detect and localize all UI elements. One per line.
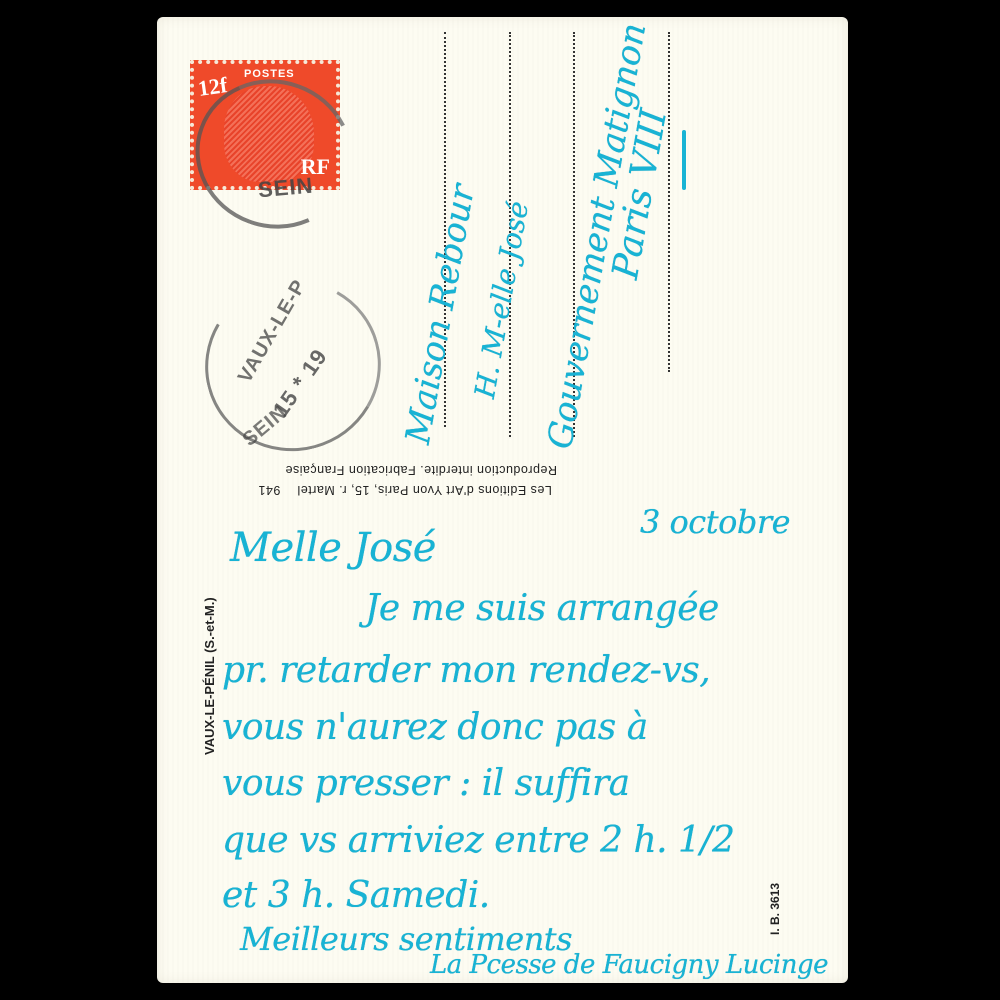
address-line [668,32,670,372]
message-salutation: Melle José [230,525,436,571]
reference-number: I. B. 3613 [768,883,782,935]
publisher-line-1: Les Editions d'Art Yvon Paris, 15, r. Ma… [297,483,552,497]
message-line: vous n'aurez donc pas à [222,707,648,748]
message-line: pr. retarder mon rendez-vs, [222,650,710,691]
postmark-bottom-text: SEIN [257,173,314,204]
message-line: Je me suis arrangée [365,588,719,629]
address-underline [682,130,686,190]
message-line: et 3 h. Samedi. [222,875,490,916]
location-caption: VAUX-LE-PÉNIL (S.-et-M.) [202,597,217,755]
message-signature: La Pcesse de Faucigny Lucinge [430,950,828,980]
print-code: 941 [258,483,280,497]
message-line: que vs arriviez entre 2 h. 1/2 [222,820,734,861]
message-date: 3 octobre [640,503,790,541]
message-line: vous presser : il suffira [222,763,630,804]
publisher-line-2: Reproduction interdite. Fabrication Fran… [285,463,557,477]
